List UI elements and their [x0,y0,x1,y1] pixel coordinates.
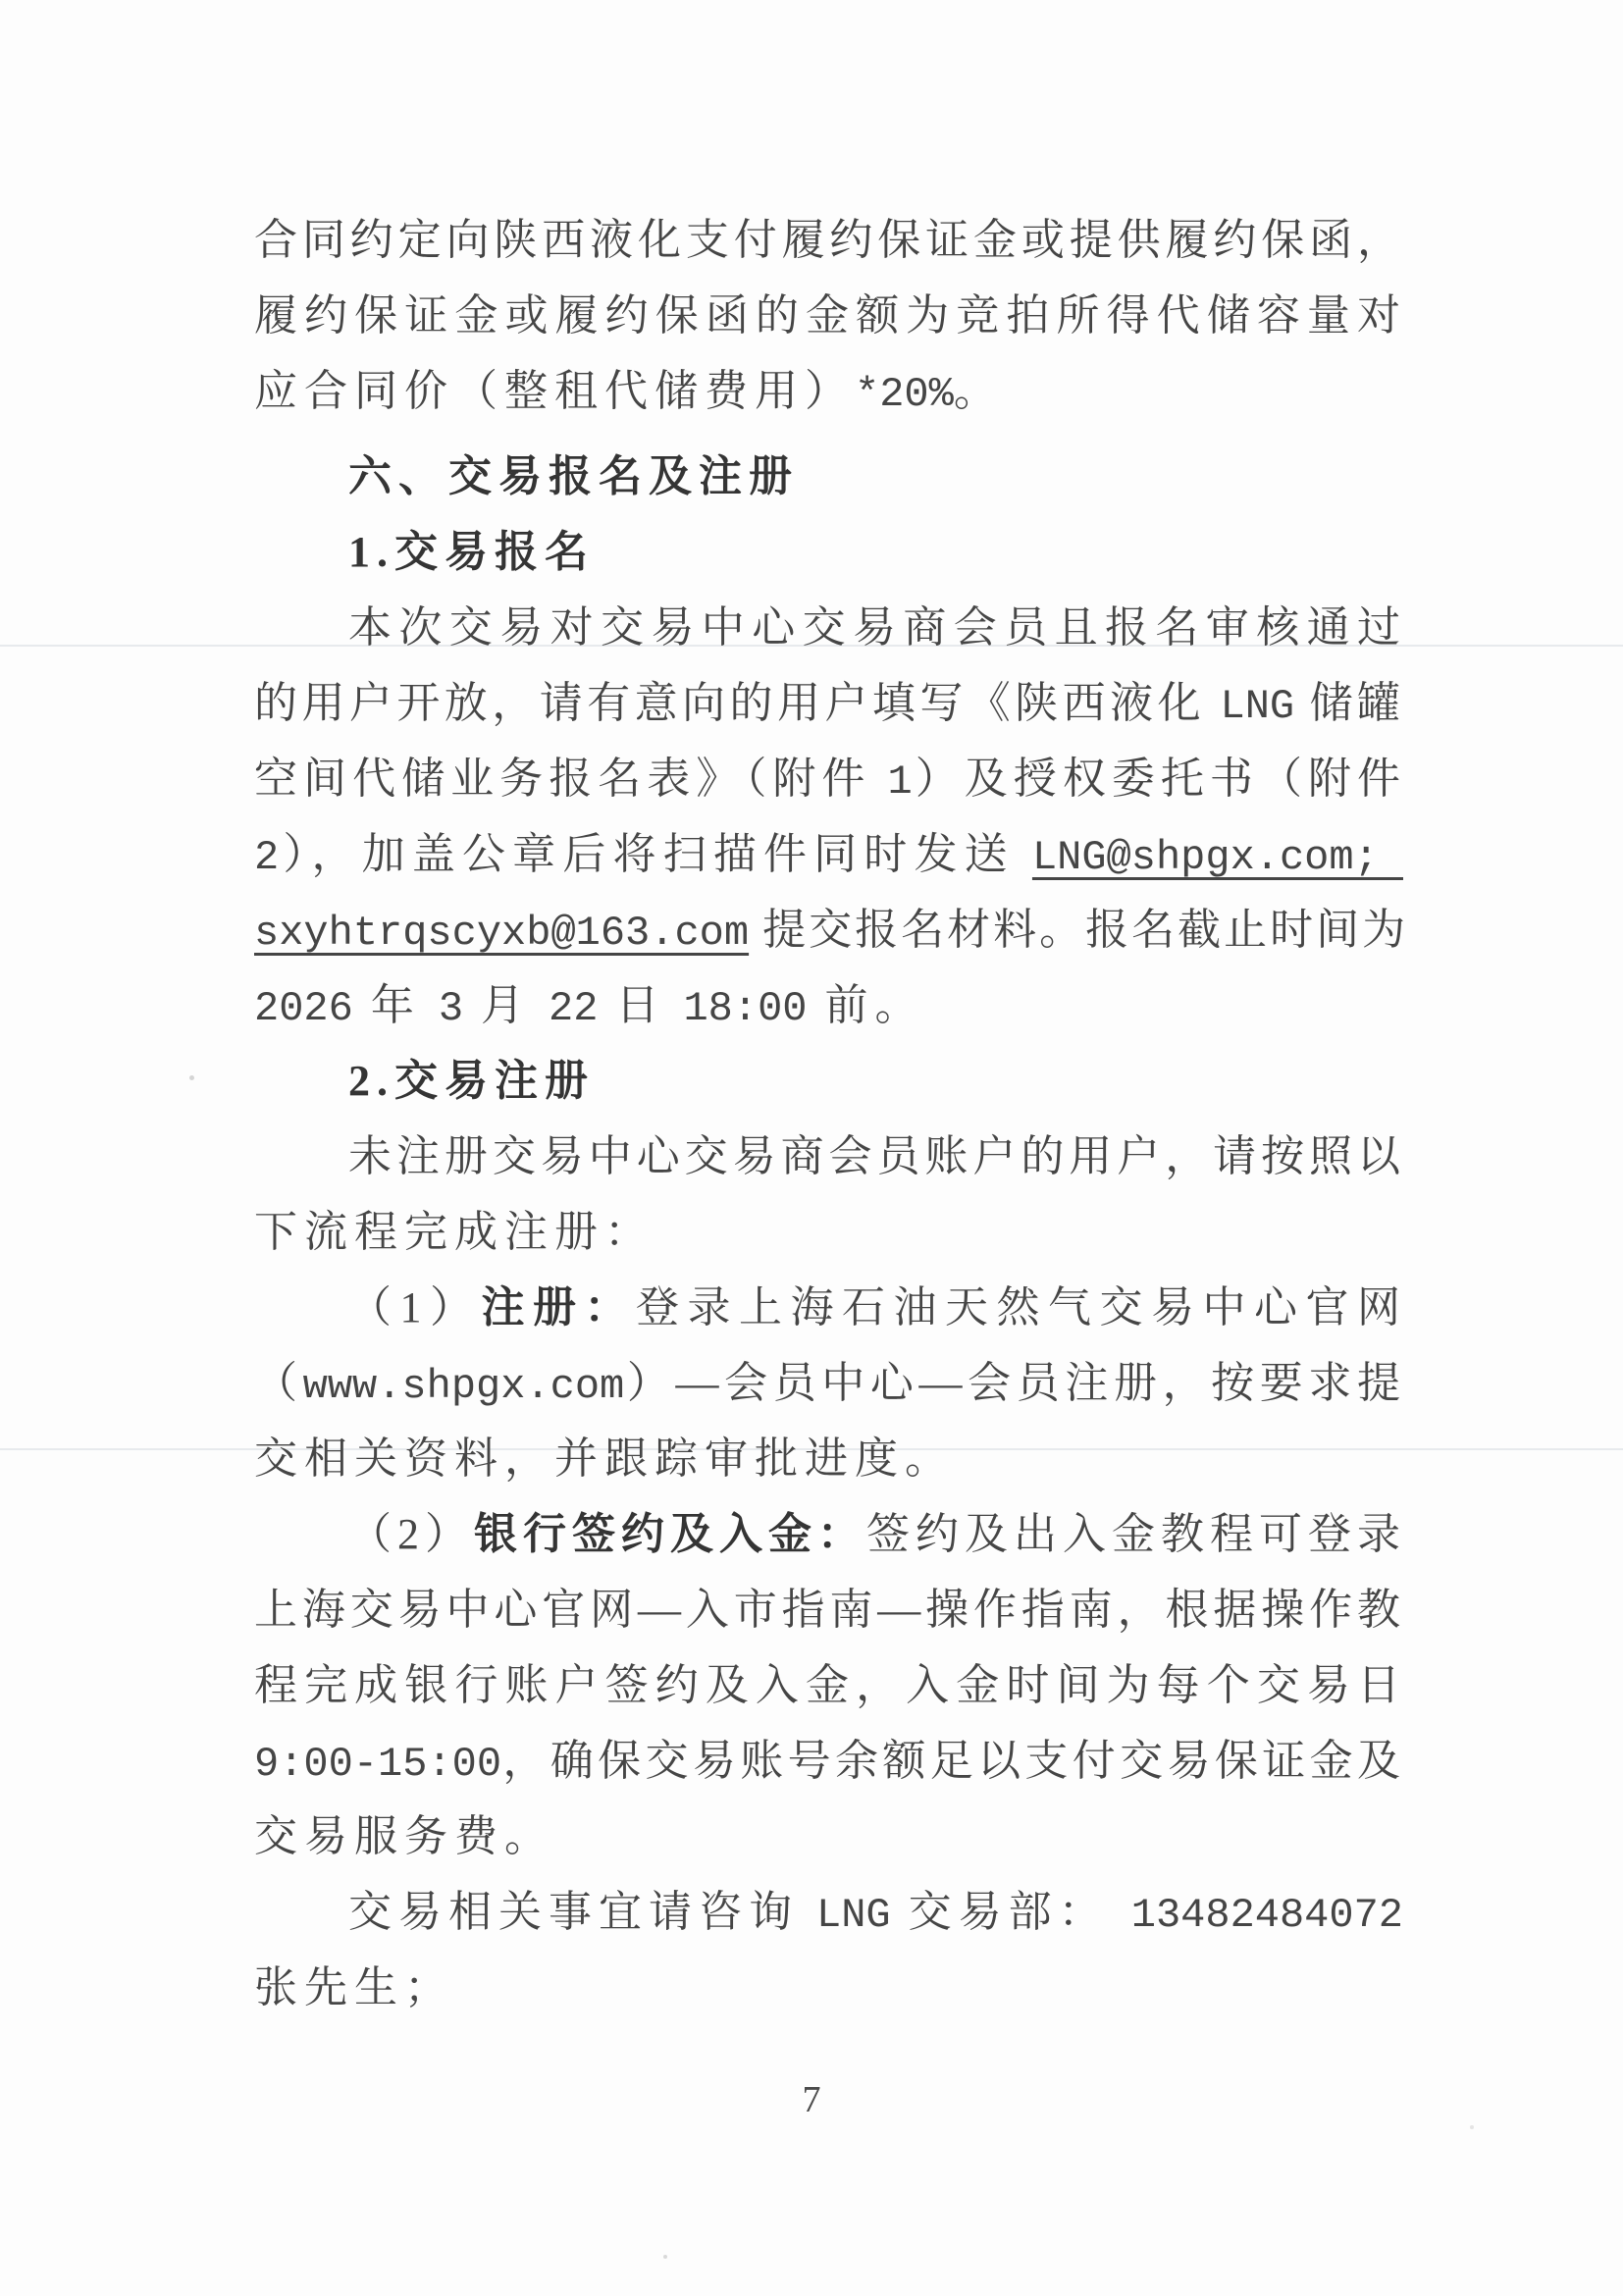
text-segment: 注册： [482,1283,637,1331]
text-segment: 交相关资料，并跟踪审批进度。 [254,1435,955,1483]
text-line: 上海交易中心官网—入市指南—操作指南，根据操作教 [254,1572,1403,1647]
text-segment: 应合同价（整租代储费用） [254,367,855,415]
text-segment: 。 [954,367,1004,415]
text-line: （www.shpgx.com）—会员中心—会员注册，按要求提 [254,1345,1403,1421]
line-right-group: 13482484072 [1131,1874,1403,1950]
text-line: 履约保证金或履约保函的金额为竞拍所得代储容量对 [254,278,1403,353]
heading-line: 六、交易报名及注册 [254,439,1403,514]
latin-text-segment: 22 [549,985,598,1032]
latin-text-segment: 18:00 [683,985,807,1032]
text-line: 合同约定向陕西液化支付履约保证金或提供履约保函， [254,202,1403,278]
text-segment: 的用户开放，请有意向的用户填写《陕西液化 [254,679,1220,727]
latin-text-segment: www.shpgx.com [303,1363,625,1410]
text-line: 的用户开放，请有意向的用户填写《陕西液化 LNG 储罐 [254,665,1403,741]
latin-text-segment: 2026 [254,985,353,1032]
text-segment: 登录上海石油天然气交易中心官网 [636,1283,1403,1331]
document-page: 合同约定向陕西液化支付履约保证金或提供履约保函，履约保证金或履约保函的金额为竞拍… [0,0,1623,2296]
text-segment: 前。 [808,981,925,1029]
text-line: 交易服务费。 [254,1799,1403,1874]
text-segment: 履约保证金或履约保函的金额为竞拍所得代储容量对 [254,291,1403,339]
text-segment: 储罐 [1294,679,1403,727]
text-segment: ），加盖公章后将扫描件同时发送 [279,830,1032,878]
latin-text-segment: 13482484072 [1131,1892,1403,1939]
text-segment: 张先生； [254,1963,454,2011]
text-segment: ）及授权委托书（附件 [913,755,1403,803]
latin-text-segment: LNG [1220,683,1294,730]
text-segment: 交易服务费。 [254,1812,554,1860]
text-segment: 下流程完成注册： [254,1208,654,1256]
text-segment: 交易部： [891,1888,1109,1936]
text-segment: 提交报名材料。报名截止时间为 [749,906,1408,954]
text-line: 交相关资料，并跟踪审批进度。 [254,1421,1403,1496]
text-line: 空间代储业务报名表》（附件 1）及授权委托书（附件 [254,741,1403,816]
text-line: （2）银行签约及入金：签约及出入金教程可登录 [254,1496,1403,1572]
latin-text-segment: 3 [439,985,463,1032]
text-segment: 上海交易中心官网—入市指南—操作指南，根据操作教 [254,1586,1403,1634]
text-segment: 本次交易对交易中心交易商会员且报名审核通过 [348,603,1403,652]
text-line: 本次交易对交易中心交易商会员且报名审核通过 [254,590,1403,665]
text-segment: ，确保交易账号余额足以支付交易保证金及 [501,1737,1403,1785]
text-segment: 合同约定向陕西液化支付履约保证金或提供履约保函， [254,216,1403,264]
text-segment: 空间代储业务报名表》（附件 [254,755,887,803]
latin-text-segment: *20% [855,371,954,418]
text-segment: 月 [463,981,549,1029]
text-line: 下流程完成注册： [254,1194,1403,1270]
text-line: 2026 年 3 月 22 日 18:00 前。 [254,967,1403,1043]
text-segment: 年 [353,981,439,1029]
text-line: 程完成银行账户签约及入金，入金时间为每个交易日 [254,1647,1403,1723]
text-line: 张先生； [254,1950,1403,2025]
text-segment: 日 [598,981,683,1029]
text-line: 9:00-15:00，确保交易账号余额足以支付交易保证金及 [254,1723,1403,1799]
text-segment: 签约及出入金教程可登录 [866,1510,1403,1558]
text-segment: ）—会员中心—会员注册，按要求提 [624,1359,1403,1407]
heading-line: 2.交易注册 [254,1043,1403,1119]
text-segment: 交易相关事宜请咨询 [348,1888,816,1936]
text-segment: 程完成银行账户签约及入金，入金时间为每个交易日 [254,1661,1403,1709]
text-line: 2），加盖公章后将扫描件同时发送 LNG@shpgx.com; [254,816,1403,892]
text-segment: 2.交易注册 [348,1057,595,1105]
page-number: 7 [0,2078,1623,2121]
scan-speck [663,2255,667,2259]
document-body: 合同约定向陕西液化支付履约保证金或提供履约保函，履约保证金或履约保函的金额为竞拍… [254,202,1403,2025]
text-line: 未注册交易中心交易商会员账户的用户，请按照以 [254,1119,1403,1194]
line-left-group: 交易相关事宜请咨询 LNG 交易部： [348,1874,1109,1950]
latin-text-segment: 1 [887,758,912,806]
text-segment: （ [254,1359,303,1407]
scan-speck [189,1075,194,1080]
text-line: sxyhtrqscyxb@163.com 提交报名材料。报名截止时间为 [254,892,1403,967]
latin-text-segment: 2 [254,834,279,881]
text-line: 交易相关事宜请咨询 LNG 交易部：13482484072 [254,1874,1403,1950]
heading-line: 1.交易报名 [254,514,1403,590]
text-segment: 六、交易报名及注册 [348,452,799,500]
text-segment: 银行签约及入金： [474,1510,866,1558]
latin-text-segment: sxyhtrqscyxb@163.com [254,910,749,957]
text-line: （1）注册：登录上海石油天然气交易中心官网 [254,1270,1403,1345]
scan-speck [1470,2125,1474,2129]
text-segment: 未注册交易中心交易商会员账户的用户，请按照以 [348,1132,1403,1180]
text-segment: 1.交易报名 [348,528,595,576]
latin-text-segment: LNG [816,1892,891,1939]
text-segment: （2） [348,1510,474,1558]
text-line: 应合同价（整租代储费用）*20%。 [254,353,1403,429]
text-segment: （1） [348,1283,482,1331]
latin-text-segment: 9:00-15:00 [254,1741,501,1788]
latin-text-segment: LNG@shpgx.com; [1032,834,1403,881]
